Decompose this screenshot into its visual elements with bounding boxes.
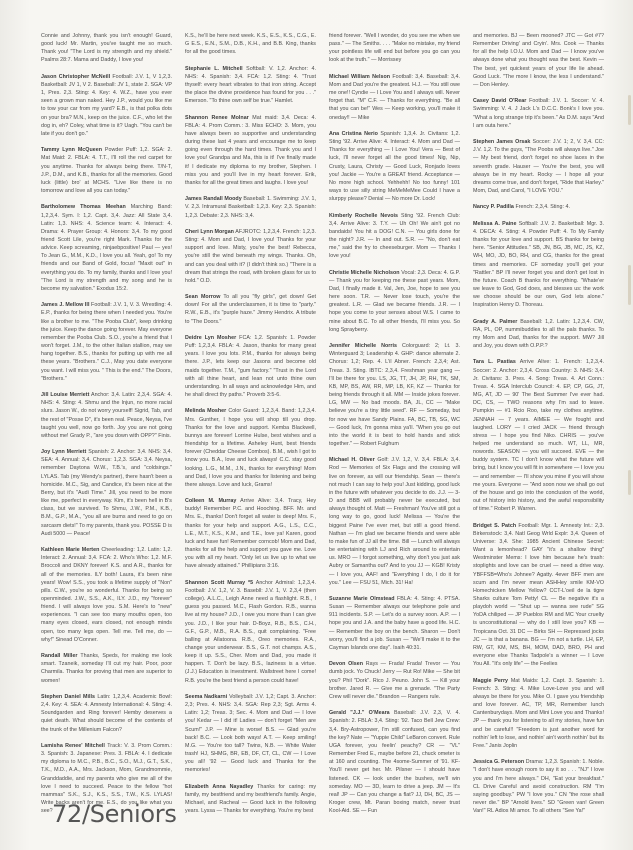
text-column-1: Connie and Johnny, thank you isn't enoug… [41,32,172,772]
senior-entry: Bartholomew Thomas Meehan Marching Band:… [41,203,172,293]
senior-name: Sean Morrow [185,294,220,300]
senior-entry: Christie Michelle Nicholson Vocal: 2,3. … [329,269,460,334]
yearbook-page: Connie and Johnny, thank you isn't enoug… [0,0,633,850]
senior-bio-text: Powder Puff: 1,2. SGA: 2. Mat Maid: 2. F… [41,147,172,194]
senior-entry: Kimberly Rochelle Nevois Sting '92. Fren… [329,212,460,261]
senior-bio-text: AFJROTC: 1,2,3,4. French: 1,2,3. Sting: … [185,229,316,284]
senior-name: Jennifer Michelle Norris [329,343,397,349]
senior-name: Ana Cristina Nerio [329,131,378,137]
senior-bio-text: Colorguard: 2; Lt. 3. Winterguard 3; Lea… [329,343,460,447]
senior-entry: Jennifer Michelle Norris Colorguard: 2; … [329,342,460,448]
senior-name: Melissa A. Paine [473,221,516,227]
senior-bio-text: Sting '92. French Club: 3,4. Arrive Aliv… [329,213,460,260]
senior-bio-text: K.S., he'll be here next week. K.S., E.S… [185,33,316,55]
senior-entry: Tammy Lynn McQueen Powder Puff: 1,2. SGA… [41,146,172,195]
senior-bio-text: Mat maid: 3,4. Deca: 4. FBLA: 4. Prom Co… [185,115,316,186]
senior-bio-text: Spanish: 1,3,4. Jr. Civitans: 1,2. Sting… [329,131,460,202]
senior-name: Kimberly Rochelle Nevois [329,213,398,219]
senior-name: Jason Christopher McNeill [41,74,110,80]
senior-bio-text: friend forever. "Well I wonder, do you s… [329,33,460,63]
senior-name: Lamisha Renee' Mitchell [41,743,105,749]
senior-bio-text: Mat Maids: 1,2. Capt. 3. Spanish: 1. Fre… [473,678,604,749]
senior-entry: and memories. BJ — Been mooned? JTC — Go… [473,32,604,89]
senior-bio-text: Arrive Alive: 3,4. Tracy, Hey buddy! Rem… [185,498,316,569]
senior-name: Nancy P. Padilla [473,204,514,210]
senior-name: Michael William Nelson [329,74,390,80]
senior-name: Jill Louise Merriett [41,392,89,398]
senior-bio-text: Color Guard: 1,2,3,4. Band: 1,2,3,4. Mrs… [185,408,316,487]
senior-entry: Stephanie L. Mitchell Softball: V. 1,2. … [185,65,316,106]
senior-entry: Michael William Nelson Football: 3,4. Ba… [329,73,460,122]
senior-bio-text: Soccer: J.V. 1; 2, V. 3,4. CC: J.V. 1,2.… [473,139,604,194]
senior-bio-text: Football: Mgr. 1. Amnesty Int.: 2,3. Bir… [473,523,604,668]
senior-entry: Randall Miller Thanks, Speds, for making… [41,652,172,685]
senior-name: Shannon Renee Molnar [185,115,249,121]
senior-entry: Grady A. Palmer Baseball: 1,2. Latin: 1,… [473,318,604,351]
senior-name: Elizabeth Anna Nayadley [185,784,253,790]
senior-name: Jessica G. Peterson [473,759,524,765]
senior-name: Casey David O'Rear [473,98,526,104]
senior-name: Melinda Mosher [185,408,226,414]
senior-entry: Suzanne Marie Olmstead FBLA: 4. Sting: 4… [329,595,460,652]
senior-entry: Gerald "J.J." O'Meara Baseball: J.V. 2,3… [329,709,460,815]
senior-entry: Maggie Perry Mat Maids: 1,2. Capt. 3. Sp… [473,677,604,750]
senior-entry: Tara L. Pastias Arrive Alive: 1. French:… [473,358,604,513]
senior-name: Joy Lynn Merriett [41,449,86,455]
senior-entry: Stephen Daniel Mills Latin: 1,2,3,4. Aca… [41,693,172,734]
senior-name: Grady A. Palmer [473,319,517,325]
senior-bio-text: Drama: 1,2,3. Spanish: 1. Noble. "I don'… [473,759,604,814]
senior-entry: Bridget S. Patch Football: Mgr. 1. Amnes… [473,522,604,669]
senior-entry: Melissa A. Paine Softball: J.V. 2. Baske… [473,220,604,310]
senior-bio-text: Vocal: 2,3. Deca: 4. G.P. — Thank you fo… [329,270,460,333]
senior-bio-text: Anchor: 3,4. Latin: 2,3,4. SGA: 4. NHS: … [41,392,172,439]
senior-entry: Kathleen Marie Merten Cheerleading: 1,2.… [41,546,172,644]
senior-bio-text: Football: J.V. 1, V. 3. Wrestling: 4. E.… [41,302,172,381]
senior-name: James Randall Moody [185,196,242,202]
senior-entry: Connie and Johnny, thank you isn't enoug… [41,32,172,65]
senior-entry: Jessica G. Peterson Drama: 1,2,3. Spanis… [473,758,604,815]
senior-bio-text: Football: 3,4. Baseball: 3,4. Mom and Da… [329,74,460,121]
senior-bio-text: Softball: J.V. 2. Basketball: Mgr. 3. 4.… [473,221,604,309]
senior-bio-text: Cheerleading: 1,2. Latin: 1,2. Interact:… [41,547,172,643]
senior-name: Michael H. Oliver [329,457,375,463]
senior-bio-text: French: 2,3,4. Sting: 4. [515,204,570,210]
senior-entry: Jill Louise Merriett Anchor: 3,4. Latin:… [41,391,172,440]
senior-entry: Jason Christopher McNeill Football: J.V.… [41,73,172,138]
senior-entry: Shannon Renee Molnar Mat maid: 3,4. Deca… [185,114,316,187]
senior-entry: Shannon Scott Murray *5 Anchor Admiral: … [185,579,316,685]
senior-entry: Seema Nadkarni Volleyball: J.V. 1,2; Cap… [185,693,316,775]
page-edge-mark [628,95,631,125]
senior-name: Stephen Daniel Mills [41,694,95,700]
senior-entry: Ana Cristina Nerio Spanish: 1,3,4. Jr. C… [329,130,460,203]
senior-bio-text: Football: J.V. 1, V 1,2,3. Basketball: J… [41,74,172,137]
senior-name: Bridget S. Patch [473,523,516,529]
senior-entry: Deidre Lyn Mosher FCA: 1,2. Spanish: 1. … [185,334,316,399]
senior-name: Suzanne Marie Olmstead [329,596,395,602]
senior-name: Gerald "J.J." O'Meara [329,710,390,716]
senior-entry: Colleen M. Murray Arrive Alive: 3,4. Tra… [185,497,316,570]
senior-name: Bartholomew Thomas Meehan [41,204,126,210]
senior-bio-text: Connie and Johnny, thank you isn't enoug… [41,33,172,63]
senior-name: Seema Nadkarni [185,694,227,700]
senior-bio-text: Golf: J.V. 1,2, V. 3,4. FBLA: 3,4. Rod —… [329,457,460,585]
senior-name: Deidre Lyn Mosher [185,335,236,341]
senior-entry: Cheri Lynn Morgan AFJROTC: 1,2,3,4. Fren… [185,228,316,285]
senior-name: Christie Michelle Nicholson [329,270,400,276]
senior-bio-text: Anchor Admiral: 1,2,3,4. Football: J.V. … [185,580,316,684]
senior-entry: Devon Olsen Rays — Frada! Frada! Trevor … [329,660,460,701]
senior-entry: Nancy P. Padilla French: 2,3,4. Sting: 4… [473,203,604,211]
senior-bio-text: Baseball: J.V. 2,3, V. 4. Spanish: 2. FB… [329,710,460,814]
senior-entry: Sean Morrow To all you "fly girls", get … [185,293,316,326]
senior-entry: Elizabeth Anna Nayadley Thanks for carin… [185,783,316,816]
senior-entry: Joy Lynn Merriett Spanish: 2. Anchor: 3,… [41,448,172,538]
text-column-2: K.S., he'll be here next week. K.S., E.S… [185,32,316,772]
senior-name: Maggie Perry [473,678,508,684]
senior-entry: K.S., he'll be here next week. K.S., E.S… [185,32,316,56]
senior-name: Tammy Lynn McQueen [41,147,102,153]
senior-name: Colleen M. Murray [185,498,236,504]
senior-entry: Melinda Mosher Color Guard: 1,2,3,4. Ban… [185,407,316,489]
senior-bio-text: Marching Band: 1,2,3,4. Sym. I: 1,2. Cap… [41,204,172,292]
senior-bio-text: and memories. BJ — Been mooned? JTC — Go… [473,33,604,88]
senior-name: Stephen James Orsak [473,139,530,145]
text-column-4: and memories. BJ — Been mooned? JTC — Go… [473,32,604,772]
text-column-3: friend forever. "Well I wonder, do you s… [329,32,460,772]
senior-entry: James Randall Moody Baseball: 1. Swimmin… [185,195,316,219]
senior-name: Shannon Scott Murray *5 [185,580,253,586]
senior-entries: Connie and Johnny, thank you isn't enoug… [41,32,604,772]
senior-name: Stephanie L. Mitchell [185,66,243,72]
senior-name: Cheri Lynn Morgan [185,229,234,235]
senior-entry: James J. Mellow III Football: J.V. 1, V.… [41,301,172,383]
senior-name: James J. Mellow III [41,302,89,308]
senior-bio-text: FBLA: 4. Sting: 4. PTSA. Susan — Remembe… [329,596,460,651]
senior-entry: Casey David O'Rear Football: J.V. 1. Soc… [473,97,604,130]
senior-bio-text: Arrive Alive: 1. French: 1,2,3,4. Soccer… [473,359,604,512]
senior-name: Tara L. Pastias [473,359,516,365]
senior-name: Devon Olsen [329,661,363,667]
senior-name: Kathleen Marie Merten [41,547,99,553]
senior-entry: friend forever. "Well I wonder, do you s… [329,32,460,65]
senior-bio-text: Spanish: 2. Anchor: 3,4. NHS: 3,4. SEA: … [41,449,172,537]
senior-name: Randall Miller [41,653,77,659]
senior-bio-text: Volleyball: J.V. 1,2; Capt. 3. Anchor: 2… [185,694,316,773]
senior-entry: Stephen James Orsak Soccer: J.V. 1; 2, V… [473,138,604,195]
senior-bio-text: FCA: 1,2. Spanish: 1. Powder Puff: 1,2,3… [185,335,316,398]
senior-entry: Michael H. Oliver Golf: J.V. 1,2, V. 3,4… [329,456,460,587]
page-folio: 72/Seniors [52,800,177,828]
page-edge-mark [628,470,631,495]
page-edge-mark [628,265,631,305]
